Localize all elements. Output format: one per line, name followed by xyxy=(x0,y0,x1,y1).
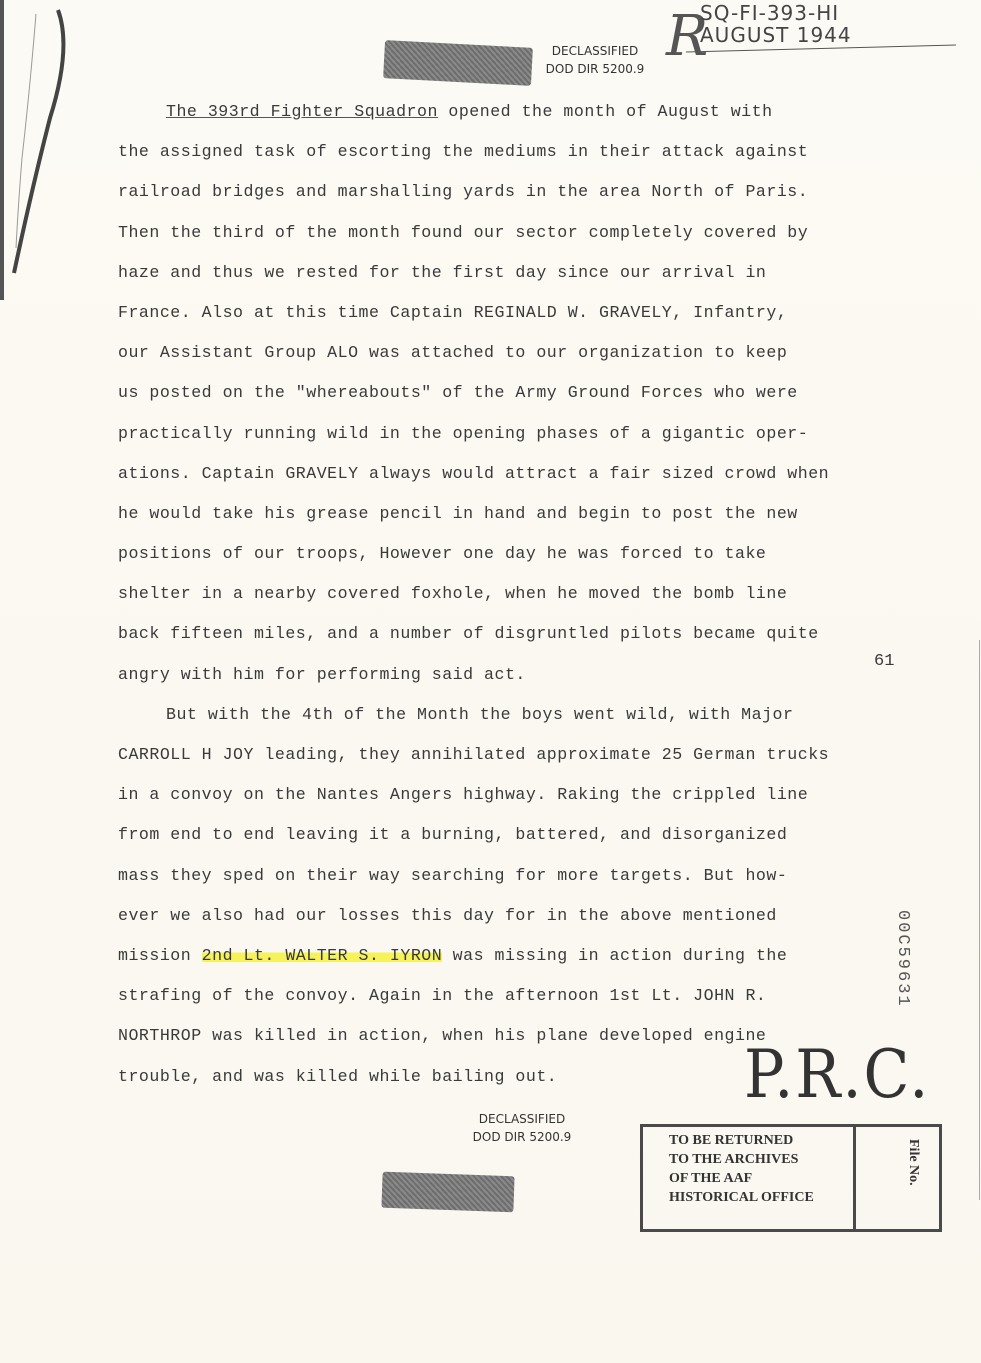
text-line: back fifteen miles, and a number of disg… xyxy=(118,614,948,654)
handwritten-reference: SQ-FI-393-HI AUGUST 1944 xyxy=(700,2,852,46)
handwritten-file-code: SQ-FI-393-HI xyxy=(700,2,852,24)
dod-directive-label: DOD DIR 5200.9 xyxy=(540,60,650,78)
text-line: angry with him for performing said act. xyxy=(118,655,948,695)
declassified-stamp-top: DECLASSIFIED DOD DIR 5200.9 xyxy=(540,42,650,78)
prc-stamp: P.R.C. xyxy=(744,1037,930,1114)
document-page: DECLASSIFIED DOD DIR 5200.9 R SQ-FI-393-… xyxy=(0,0,981,1363)
text-line: France. Also at this time Captain REGINA… xyxy=(118,293,948,333)
text-line: ever we also had our losses this day for… xyxy=(118,896,948,936)
serial-number: 00C59631 xyxy=(893,910,912,1008)
text-line: practically running wild in the opening … xyxy=(118,414,948,454)
redacted-classification-bottom xyxy=(381,1172,514,1213)
text-line: CARROLL H JOY leading, they annihilated … xyxy=(118,735,948,775)
typed-body-text: The 393rd Fighter Squadron opened the mo… xyxy=(118,92,948,1097)
text-line: haze and thus we rested for the first da… xyxy=(118,253,948,293)
pencil-stroke-mark xyxy=(10,8,70,278)
archive-return-stamp: TO BE RETURNED TO THE ARCHIVES OF THE AA… xyxy=(640,1124,942,1232)
text-line: positions of our troops, However one day… xyxy=(118,534,948,574)
redacted-classification-top xyxy=(383,40,533,86)
text-line: in a convoy on the Nantes Angers highway… xyxy=(118,775,948,815)
text-line: The 393rd Fighter Squadron opened the mo… xyxy=(118,92,948,132)
highlighted-name: 2nd Lt. WALTER S. IYRON xyxy=(202,946,443,965)
dod-directive-label-bottom: DOD DIR 5200.9 xyxy=(462,1128,582,1146)
declassified-stamp-bottom: DECLASSIFIED DOD DIR 5200.9 xyxy=(462,1110,582,1146)
page-number: 61 xyxy=(874,652,894,671)
archive-line: OF THE AAF xyxy=(669,1169,814,1188)
handwritten-date: AUGUST 1944 xyxy=(700,24,852,46)
page-edge-shadow xyxy=(0,0,4,300)
file-number-label: File No. xyxy=(905,1139,921,1186)
archive-stamp-text: TO BE RETURNED TO THE ARCHIVES OF THE AA… xyxy=(669,1131,814,1207)
archive-line: TO THE ARCHIVES xyxy=(669,1150,814,1169)
text-line: railroad bridges and marshalling yards i… xyxy=(118,172,948,212)
text-line: mass they sped on their way searching fo… xyxy=(118,856,948,896)
text-line: mission 2nd Lt. WALTER S. IYRON was miss… xyxy=(118,936,948,976)
declassified-label: DECLASSIFIED xyxy=(540,42,650,60)
underlined-unit-name: The 393rd Fighter Squadron xyxy=(166,102,438,121)
text-line: us posted on the "whereabouts" of the Ar… xyxy=(118,373,948,413)
text-line: from end to end leaving it a burning, ba… xyxy=(118,815,948,855)
text-line: the assigned task of escorting the mediu… xyxy=(118,132,948,172)
text-line: shelter in a nearby covered foxhole, whe… xyxy=(118,574,948,614)
archive-line: HISTORICAL OFFICE xyxy=(669,1188,814,1207)
text-line: But with the 4th of the Month the boys w… xyxy=(118,695,948,735)
text-line: Then the third of the month found our se… xyxy=(118,213,948,253)
archive-line: TO BE RETURNED xyxy=(669,1131,814,1150)
text-line: our Assistant Group ALO was attached to … xyxy=(118,333,948,373)
text-line: ations. Captain GRAVELY always would att… xyxy=(118,454,948,494)
declassified-label-bottom: DECLASSIFIED xyxy=(462,1110,582,1128)
text-line: he would take his grease pencil in hand … xyxy=(118,494,948,534)
page-edge-line xyxy=(979,640,980,1200)
archive-stamp-divider xyxy=(853,1127,856,1229)
text-line: strafing of the convoy. Again in the aft… xyxy=(118,976,948,1016)
